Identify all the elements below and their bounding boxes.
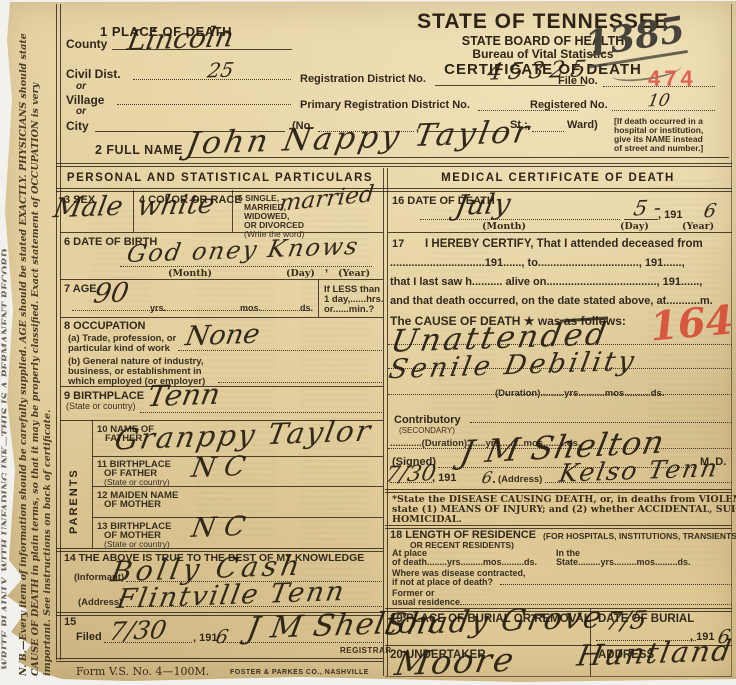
village-label: Village bbox=[66, 93, 104, 107]
reg-district-handwriting: 45325 bbox=[485, 56, 593, 86]
parents-label: PARENTS bbox=[68, 448, 80, 534]
occupation-handwriting: None bbox=[183, 319, 262, 353]
occupation-label: 8 OCCUPATION bbox=[64, 320, 146, 332]
residence-note-1: (FOR HOSPITALS, INSTITUTIONS, TRANSIENTS… bbox=[543, 531, 736, 541]
in-state-line2: State.........yrs.........mos.........ds… bbox=[556, 557, 691, 567]
margin-note-nb-1: N. B.—Every item of information should b… bbox=[18, 8, 30, 676]
certify-line2: ...............................191......… bbox=[390, 257, 685, 269]
physician-address-handwriting: Kelso Tenn bbox=[557, 453, 722, 488]
or-label-1: or bbox=[76, 81, 86, 92]
age-yrs-label: yrs. bbox=[150, 303, 166, 313]
filed-label: Filed bbox=[76, 631, 102, 643]
age-mos-label: mos. bbox=[240, 303, 261, 313]
occ-a-line2: particular kind of work bbox=[68, 343, 170, 354]
death-month-handwriting: July bbox=[453, 187, 513, 222]
city-label: City bbox=[66, 119, 89, 133]
death-day-handwriting: 5 - bbox=[632, 196, 664, 221]
footnote-line3: HOMICIDAL. bbox=[392, 514, 462, 525]
registered-no-label: Registered No. bbox=[530, 99, 608, 111]
certify-section-number: 17 bbox=[392, 238, 404, 250]
dob-day-label: (Day) bbox=[286, 268, 315, 279]
signed-address-label: (Address) bbox=[498, 474, 542, 485]
dod-year-label: (Year) bbox=[682, 221, 714, 232]
birthplace-handwriting: Tenn bbox=[145, 377, 223, 413]
file-number-stamp: 474 bbox=[648, 66, 697, 92]
margin-note-nb-2: CAUSE OF DEATH in plain terms, so that i… bbox=[30, 8, 42, 676]
civil-dist-handwriting: 25 bbox=[206, 58, 236, 83]
color-race-handwriting: white bbox=[135, 189, 217, 223]
contributory-label: Contributory bbox=[394, 414, 461, 426]
undertaker-address-handwriting: Huntland bbox=[574, 633, 735, 672]
father-birthplace-handwriting: N C bbox=[189, 451, 248, 484]
registrar-label: REGISTRAR bbox=[340, 646, 392, 655]
filed-year-printed: , 191 bbox=[193, 632, 217, 644]
mother-name-label-2: OF MOTHER bbox=[104, 499, 161, 510]
registered-no-handwriting: 10 bbox=[646, 91, 671, 112]
margin-note-nb-3: important. See instructions on back of c… bbox=[42, 8, 54, 676]
signed-date-handwriting: 7/30 bbox=[384, 461, 438, 488]
secondary-label: (SECONDARY) bbox=[399, 426, 455, 435]
county-label: County bbox=[66, 37, 107, 51]
column-divider bbox=[383, 168, 388, 676]
contracted-line2: if not at place of death? bbox=[392, 577, 493, 587]
mother-bp-note: (State or country) bbox=[104, 539, 170, 549]
less-than-line3: or......min.? bbox=[324, 304, 374, 315]
primary-reg-label: Primary Registration District No. bbox=[300, 99, 470, 111]
ward-label: Ward) bbox=[567, 119, 598, 131]
at-place-line2: of death........yrs.........mos.........… bbox=[392, 557, 537, 567]
form-number: Form V.S. No. 4—100M. bbox=[76, 665, 209, 678]
full-name-label: 2 FULL NAME bbox=[95, 143, 183, 157]
undertaker-handwriting: Moore bbox=[392, 640, 519, 683]
signed-year-printed: , 191 bbox=[432, 472, 456, 484]
personal-section-title: PERSONAL AND STATISTICAL PARTICULARS bbox=[60, 172, 380, 184]
hospital-note-line4: of street and number.] bbox=[614, 143, 703, 153]
or-label-2: or bbox=[76, 106, 86, 117]
filed-date-handwriting: 7/30 bbox=[107, 615, 169, 646]
rule-below-name bbox=[56, 163, 732, 167]
reg-district-label: Registration District No. bbox=[300, 73, 426, 85]
dod-month-label: (Month) bbox=[482, 221, 526, 232]
form-left-border bbox=[56, 4, 61, 660]
dob-month-label: (Month) bbox=[168, 268, 212, 279]
age-handwriting: 90 bbox=[91, 277, 131, 309]
age-ds-label: ds. bbox=[300, 303, 313, 313]
duration-line: (Duration).........yrs..........mos.....… bbox=[495, 388, 664, 399]
dob-year-label: (Year) bbox=[338, 268, 370, 279]
birthplace-note: (State or country) bbox=[66, 401, 136, 411]
burial-date-handwriting: 7/5 bbox=[603, 605, 649, 635]
county-handwriting: Lincoln bbox=[125, 20, 237, 57]
father-bp-note: (State or country) bbox=[104, 477, 170, 487]
civil-dist-label: Civil Dist. bbox=[66, 67, 121, 81]
sex-handwriting: Male bbox=[51, 191, 125, 224]
scanned-death-certificate: { "colors": { "print_ink": "#33291a", "h… bbox=[0, 0, 736, 685]
dob-comma: , bbox=[325, 262, 328, 274]
age-label: 7 AGE bbox=[64, 283, 97, 295]
certify-line3: that I last saw h.......... alive on....… bbox=[390, 276, 702, 288]
filed-section-number: 15 bbox=[64, 616, 76, 628]
mother-birthplace-handwriting: N C bbox=[189, 511, 248, 544]
printer-imprint: FOSTER & PARKES CO., NASHVILLE bbox=[230, 669, 369, 676]
dod-year-printed: , 191 bbox=[658, 209, 682, 221]
certify-line1: I HEREBY CERTIFY, That I attended deceas… bbox=[425, 238, 703, 250]
cause-code-stamp: 164 bbox=[648, 296, 735, 350]
dod-day-label: (Day) bbox=[620, 221, 649, 232]
medical-section-title: MEDICAL CERTIFICATE OF DEATH bbox=[388, 172, 728, 184]
